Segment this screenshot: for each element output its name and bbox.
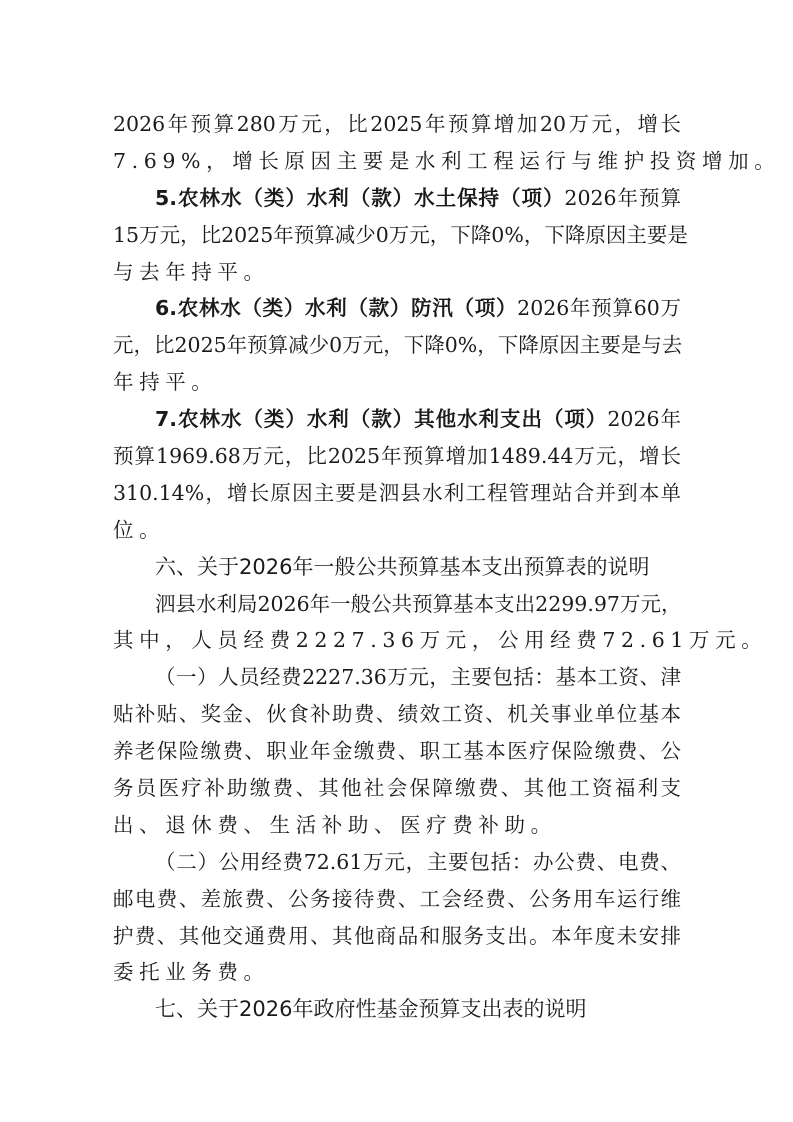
item-5-lead-rest: 2026年预算 xyxy=(564,186,681,210)
item-6-title: 6.农林水（类）水利（款）防汛（项） xyxy=(155,296,517,320)
paragraph-line: 委托业务费。 xyxy=(113,954,681,991)
paragraph-line: 7.69%，增长原因主要是水利工程运行与维护投资增加。 xyxy=(113,143,681,180)
paragraph-line: 其中，人员经费2227.36万元，公用经费72.61万元。 xyxy=(113,622,681,659)
paragraph-line: 邮电费、差旅费、公务接待费、工会经费、公务用车运行维 xyxy=(113,881,681,918)
item-5-first-line: 5.农林水（类）水利（款）水土保持（项）2026年预算 xyxy=(113,180,681,217)
paragraph-line: 务员医疗补助缴费、其他社会保障缴费、其他工资福利支 xyxy=(113,770,681,807)
paragraph-line: 位。 xyxy=(113,512,681,549)
paragraph-line: 泗县水利局2026年一般公共预算基本支出2299.97万元， xyxy=(113,586,681,623)
paragraph-line: 贴补贴、奖金、伙食补助费、绩效工资、机关事业单位基本 xyxy=(113,696,681,733)
paragraph-line: 元，比2025年预算减少0万元，下降0%，下降原因主要是与去 xyxy=(113,327,681,364)
item-6-first-line: 6.农林水（类）水利（款）防汛（项）2026年预算60万 xyxy=(113,290,681,327)
paragraph-line: 年持平。 xyxy=(113,364,681,401)
personnel-expense-line: （一）人员经费2227.36万元，主要包括：基本工资、津 xyxy=(113,659,681,696)
document-body: 2026年预算280万元，比2025年预算增加20万元，增长 7.69%，增长原… xyxy=(113,106,681,1028)
paragraph-line: 出、退休费、生活补助、医疗费补助。 xyxy=(113,807,681,844)
section-6-heading: 六、关于2026年一般公共预算基本支出预算表的说明 xyxy=(113,549,681,586)
paragraph-line: 15万元，比2025年预算减少0万元，下降0%，下降原因主要是 xyxy=(113,217,681,254)
item-5-title: 5.农林水（类）水利（款）水土保持（项） xyxy=(155,186,564,210)
paragraph-line: 与去年持平。 xyxy=(113,254,681,291)
item-7-lead-rest: 2026年 xyxy=(607,407,681,431)
paragraph-line: 310.14%，增长原因主要是泗县水利工程管理站合并到本单 xyxy=(113,475,681,512)
section-7-heading: 七、关于2026年政府性基金预算支出表的说明 xyxy=(113,991,681,1028)
document-page: 2026年预算280万元，比2025年预算增加20万元，增长 7.69%，增长原… xyxy=(0,0,793,1122)
public-expense-line: （二）公用经费72.61万元，主要包括：办公费、电费、 xyxy=(113,844,681,881)
paragraph-line: 预算1969.68万元，比2025年预算增加1489.44万元，增长 xyxy=(113,438,681,475)
paragraph-line: 养老保险缴费、职业年金缴费、职工基本医疗保险缴费、公 xyxy=(113,733,681,770)
item-7-first-line: 7.农林水（类）水利（款）其他水利支出（项）2026年 xyxy=(113,401,681,438)
paragraph-line: 2026年预算280万元，比2025年预算增加20万元，增长 xyxy=(113,106,681,143)
item-7-title: 7.农林水（类）水利（款）其他水利支出（项） xyxy=(155,407,607,431)
item-6-lead-rest: 2026年预算60万 xyxy=(517,296,681,320)
paragraph-line: 护费、其他交通费用、其他商品和服务支出。本年度未安排 xyxy=(113,918,681,955)
